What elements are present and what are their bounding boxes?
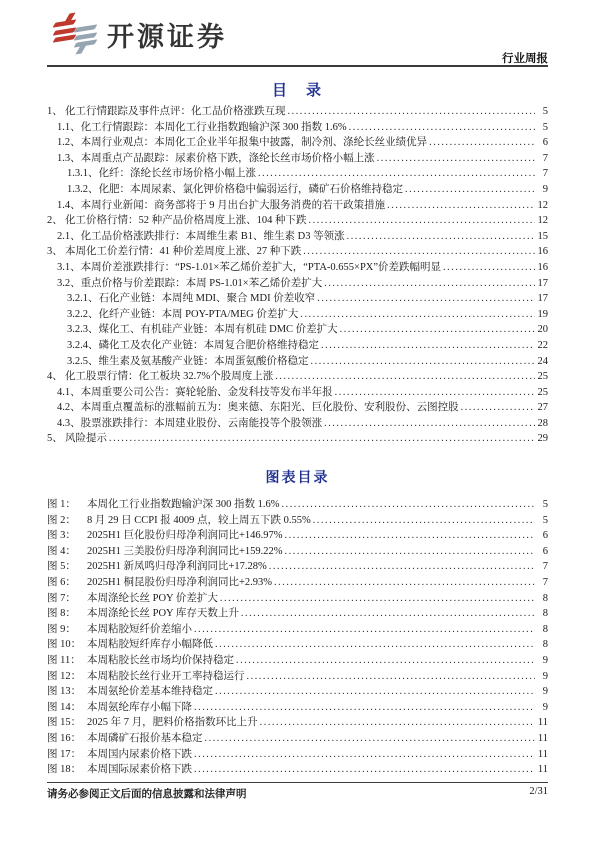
dot-leader bbox=[258, 168, 535, 179]
figure-entry-text: 2025H1 桐昆股份归母净利润同比+2.93% bbox=[87, 574, 272, 589]
toc-entry-text: 股票涨跌排行：本周建业股份、云南能投等个股领涨 bbox=[81, 415, 323, 430]
toc-entry[interactable]: 1.3、本周重点产品跟踪：尿素价格下跌，涤纶长丝市场价格小幅上涨7 bbox=[47, 150, 548, 166]
toc-entry-page: 25 bbox=[538, 371, 549, 382]
brand-name: 开源证券 bbox=[107, 15, 227, 54]
figure-entry-number: 图 11： bbox=[47, 652, 87, 667]
dot-leader bbox=[194, 749, 535, 760]
toc-entry-text: 本周行业观点：本周化工企业半年报集中披露，制冷剂、涤纶长丝业绩优异 bbox=[81, 134, 428, 149]
toc-entry-text: 化工行情跟踪及事件点评：化工品价格涨跌互现 bbox=[65, 103, 286, 118]
toc-entry[interactable]: 4.2、本周重点覆盖标的涨幅前五为：奥来德、东阳光、巨化股份、安利股份、云图控股… bbox=[47, 399, 548, 415]
toc-entry-number: 3、 bbox=[47, 243, 65, 258]
dot-leader bbox=[215, 639, 535, 650]
figure-entry-text: 本周化工行业指数跑输沪深 300 指数 1.6% bbox=[87, 496, 280, 511]
figure-entry-text: 本周涤纶长丝 POY 库存天数上升 bbox=[87, 605, 239, 620]
dot-leader bbox=[311, 356, 535, 367]
toc-entry-number: 1.3、 bbox=[57, 150, 81, 165]
dot-leader bbox=[194, 624, 535, 635]
toc-entry-number: 5、 bbox=[47, 430, 65, 445]
dot-leader bbox=[303, 246, 534, 257]
toc-entry-text: 本周重点产品跟踪：尿素价格下跌，涤纶长丝市场价格小幅上涨 bbox=[81, 150, 375, 165]
report-page: 开源证券 行业周报 目 录 1、化工行情跟踪及事件点评：化工品价格涨跌互现51.… bbox=[0, 0, 595, 841]
toc-entry-number: 2.1、 bbox=[57, 228, 81, 243]
figure-entry-number: 图 6： bbox=[47, 574, 87, 589]
figure-entry-number: 图 1： bbox=[47, 496, 87, 511]
figure-entry[interactable]: 图 15：2025 年 7 月，肥料价格指数环比上升11 bbox=[47, 714, 548, 730]
dot-leader bbox=[349, 122, 535, 133]
toc-entry-number: 1.2、 bbox=[57, 134, 81, 149]
figure-entry-page: 7 bbox=[538, 577, 548, 588]
figure-entry[interactable]: 图 6：2025H1 桐昆股份归母净利润同比+2.93%7 bbox=[47, 574, 548, 590]
toc-entry[interactable]: 1.4、本周行业新闻：商务部将于 9 月出台扩大服务消费的若干政策措施12 bbox=[47, 197, 548, 213]
toc-entry[interactable]: 3.2、重点价格与价差跟踪：本周 PS-1.01×苯乙烯价差扩大17 bbox=[47, 275, 548, 291]
dot-leader bbox=[309, 215, 535, 226]
dot-leader bbox=[194, 702, 535, 713]
figure-entry-page: 11 bbox=[538, 749, 548, 760]
toc-entry-number: 4.1、 bbox=[57, 384, 81, 399]
logo-red-stripes bbox=[54, 21, 75, 41]
figure-entry[interactable]: 图 1：本周化工行业指数跑输沪深 300 指数 1.6%5 bbox=[47, 496, 548, 512]
figure-entry-text: 2025H1 巨化股份归母净利润同比+146.97% bbox=[87, 527, 283, 542]
figure-entry[interactable]: 图 4：2025H1 三美股份归母净利润同比+159.22%6 bbox=[47, 543, 548, 559]
figure-entry[interactable]: 图 18：本周国际尿素价格下跌11 bbox=[47, 761, 548, 777]
figure-entry-page: 8 bbox=[538, 639, 548, 650]
dot-leader bbox=[194, 764, 535, 775]
toc-list: 1、化工行情跟踪及事件点评：化工品价格涨跌互现51.1、化工行情跟踪：本周化工行… bbox=[47, 103, 548, 446]
toc-entry-page: 16 bbox=[538, 246, 549, 257]
figure-entry-page: 5 bbox=[538, 499, 548, 510]
dot-leader bbox=[288, 106, 536, 117]
figure-entry-page: 8 bbox=[538, 624, 548, 635]
figure-entry-text: 本周氨纶价差基本维持稳定 bbox=[87, 683, 213, 698]
figure-entry[interactable]: 图 7：本周涤纶长丝 POY 价差扩大8 bbox=[47, 590, 548, 606]
toc-entry-page: 9 bbox=[538, 184, 548, 195]
toc-entry[interactable]: 3.2.2、化纤产业链：本周 POY-PTA/MEG 价差扩大19 bbox=[47, 306, 548, 322]
figure-entry-text: 本周粘胶短纤价差缩小 bbox=[87, 621, 192, 636]
toc-entry-text: 本周化工价差行情：41 种价差周度上涨、27 种下跌 bbox=[65, 243, 301, 258]
toc-entry-page: 17 bbox=[538, 278, 549, 289]
figure-entry-number: 图 5： bbox=[47, 558, 87, 573]
dot-leader bbox=[205, 733, 535, 744]
toc-entry-page: 12 bbox=[538, 200, 549, 211]
toc-entry-page: 27 bbox=[538, 402, 549, 413]
figure-entry-number: 图 17： bbox=[47, 746, 87, 761]
toc-entry-number: 1.1、 bbox=[57, 119, 81, 134]
toc-entry[interactable]: 4.3、股票涨跌排行：本周建业股份、云南能投等个股领涨28 bbox=[47, 415, 548, 431]
dot-leader bbox=[443, 262, 534, 273]
figure-entry-text: 本周国内尿素价格下跌 bbox=[87, 746, 192, 761]
toc-entry-text: 化肥：本周尿素、氯化钾价格稳中偏弱运行，磷矿石价格维持稳定 bbox=[99, 181, 404, 196]
toc-entry-page: 19 bbox=[538, 309, 549, 320]
dot-leader bbox=[285, 530, 535, 541]
figure-entry[interactable]: 图 13：本周氨纶价差基本维持稳定9 bbox=[47, 683, 548, 699]
figure-entry[interactable]: 图 12：本周粘胶长丝行业开工率持稳运行9 bbox=[47, 668, 548, 684]
dot-leader bbox=[269, 561, 535, 572]
figure-entry[interactable]: 图 11：本周粘胶长丝市场均价保持稳定9 bbox=[47, 652, 548, 668]
toc-entry-page: 5 bbox=[538, 122, 548, 133]
toc-entry[interactable]: 5、风险提示29 bbox=[47, 430, 548, 446]
dot-leader bbox=[377, 153, 535, 164]
figures-toc-title: 图表目录 bbox=[0, 467, 595, 487]
toc-entry[interactable]: 4、化工股票行情：化工板块 32.7%个股周度上涨25 bbox=[47, 368, 548, 384]
kaiyuan-securities-logo: 开源证券 bbox=[52, 13, 227, 55]
figure-entry-number: 图 3： bbox=[47, 527, 87, 542]
figure-entry-text: 本周涤纶长丝 POY 价差扩大 bbox=[87, 590, 218, 605]
toc-entry-page: 12 bbox=[538, 215, 549, 226]
toc-entry[interactable]: 3.1、本周价差涨跌排行：“PS-1.01×苯乙烯价差扩大，“PTA-0.655… bbox=[47, 259, 548, 275]
toc-title: 目 录 bbox=[0, 79, 595, 100]
toc-entry-page: 5 bbox=[538, 106, 548, 117]
figure-entry-text: 2025H1 新凤鸣归母净利润同比+17.28% bbox=[87, 558, 267, 573]
toc-entry-page: 17 bbox=[538, 293, 549, 304]
figure-entry-number: 图 7： bbox=[47, 590, 87, 605]
figure-entry-text: 本周国际尿素价格下跌 bbox=[87, 761, 192, 776]
toc-entry-page: 25 bbox=[538, 387, 549, 398]
dot-leader bbox=[340, 324, 535, 335]
figure-entry-number: 图 8： bbox=[47, 605, 87, 620]
figure-entry-text: 2025 年 7 月，肥料价格指数环比上升 bbox=[87, 714, 258, 729]
footer-divider bbox=[47, 782, 548, 783]
toc-entry-page: 6 bbox=[538, 137, 548, 148]
toc-entry[interactable]: 1.3.2、化肥：本周尿素、氯化钾价格稳中偏弱运行，磷矿石价格维持稳定9 bbox=[47, 181, 548, 197]
toc-entry-number: 3.1、 bbox=[57, 259, 81, 274]
dot-leader bbox=[429, 137, 535, 148]
toc-entry[interactable]: 3.2.5、维生素及氨基酸产业链：本周蛋氨酸价格稳定24 bbox=[47, 353, 548, 369]
figure-entry[interactable]: 图 8：本周涤纶长丝 POY 库存天数上升8 bbox=[47, 605, 548, 621]
dot-leader bbox=[282, 499, 536, 510]
toc-entry-number: 3.2.1、 bbox=[67, 290, 99, 305]
figure-entry[interactable]: 图 10：本周粘胶短纤库存小幅降低8 bbox=[47, 636, 548, 652]
dot-leader bbox=[317, 293, 534, 304]
toc-entry-text: 风险提示 bbox=[65, 430, 107, 445]
dot-leader bbox=[241, 608, 535, 619]
toc-entry-number: 1.3.1、 bbox=[67, 165, 99, 180]
figure-entry-number: 图 15： bbox=[47, 714, 87, 729]
toc-entry-number: 2、 bbox=[47, 212, 65, 227]
figure-entry-page: 9 bbox=[538, 655, 548, 666]
toc-entry-text: 本周价差涨跌排行：“PS-1.01×苯乙烯价差扩大，“PTA-0.655×PX”… bbox=[81, 259, 441, 274]
toc-entry-number: 3.2.2、 bbox=[67, 306, 99, 321]
figure-entry-page: 6 bbox=[538, 546, 548, 557]
toc-entry-text: 化工价格行情：52 种产品价格周度上涨、104 种下跌 bbox=[65, 212, 307, 227]
figure-entry-page: 11 bbox=[538, 764, 548, 775]
figure-entry[interactable]: 图 3：2025H1 巨化股份归母净利润同比+146.97%6 bbox=[47, 527, 548, 543]
toc-entry[interactable]: 3.2.1、石化产业链：本周纯 MDI、聚合 MDI 价差收窄17 bbox=[47, 290, 548, 306]
toc-entry-text: 石化产业链：本周纯 MDI、聚合 MDI 价差收窄 bbox=[99, 290, 316, 305]
toc-entry-number: 3.2.5、 bbox=[67, 353, 99, 368]
dot-leader bbox=[109, 433, 535, 444]
dot-leader bbox=[324, 418, 534, 429]
dot-leader bbox=[324, 278, 534, 289]
toc-entry[interactable]: 1.1、化工行情跟踪：本周化工行业指数跑输沪深 300 指数 1.6%5 bbox=[47, 119, 548, 135]
figure-entry-text: 本周粘胶长丝市场均价保持稳定 bbox=[87, 652, 234, 667]
kaiyuan-logo-icon bbox=[52, 13, 100, 55]
toc-entry-text: 维生素及氨基酸产业链：本周蛋氨酸价格稳定 bbox=[99, 353, 309, 368]
toc-entry-page: 24 bbox=[538, 356, 549, 367]
toc-entry[interactable]: 2.1、化工品价格涨跌排行：本周维生素 B1、维生素 D3 等领涨15 bbox=[47, 228, 548, 244]
logo-gray-stripes bbox=[75, 26, 96, 46]
figure-entry-page: 8 bbox=[538, 593, 548, 604]
toc-entry-number: 4.3、 bbox=[57, 415, 81, 430]
figure-entry-page: 11 bbox=[538, 733, 548, 744]
figure-entry[interactable]: 图 14：本周氨纶库存小幅下降9 bbox=[47, 699, 548, 715]
figure-entry-page: 9 bbox=[538, 702, 548, 713]
toc-entry[interactable]: 1.2、本周行业观点：本周化工企业半年报集中披露，制冷剂、涤纶长丝业绩优异6 bbox=[47, 134, 548, 150]
page-number-indicator: 2/31 bbox=[529, 786, 548, 797]
figure-entry-number: 图 16： bbox=[47, 730, 87, 745]
dot-leader bbox=[405, 184, 535, 195]
toc-entry-number: 1、 bbox=[47, 103, 65, 118]
dot-leader bbox=[387, 200, 534, 211]
dot-leader bbox=[236, 655, 535, 666]
figure-entry[interactable]: 图 17：本周国内尿素价格下跌11 bbox=[47, 746, 548, 762]
toc-entry-text: 化纤产业链：本周 POY-PTA/MEG 价差扩大 bbox=[99, 306, 299, 321]
figure-entry[interactable]: 图 9：本周粘胶短纤价差缩小8 bbox=[47, 621, 548, 637]
dot-leader bbox=[274, 577, 535, 588]
figure-entry-text: 本周磷矿石报价基本稳定 bbox=[87, 730, 203, 745]
dot-leader bbox=[300, 309, 534, 320]
toc-entry-text: 煤化工、有机硅产业链：本周有机硅 DMC 价差扩大 bbox=[99, 321, 338, 336]
figure-entry-page: 9 bbox=[538, 686, 548, 697]
figure-entry-text: 2025H1 三美股份归母净利润同比+159.22% bbox=[87, 543, 283, 558]
figure-entry-number: 图 12： bbox=[47, 668, 87, 683]
toc-entry-page: 15 bbox=[538, 231, 549, 242]
toc-entry-number: 4.2、 bbox=[57, 399, 81, 414]
toc-entry[interactable]: 1.3.1、化纤：涤纶长丝市场价格小幅上涨7 bbox=[47, 165, 548, 181]
figures-list: 图 1：本周化工行业指数跑输沪深 300 指数 1.6%5图 2：8 月 29 … bbox=[47, 496, 548, 777]
toc-entry-text: 本周行业新闻：商务部将于 9 月出台扩大服务消费的若干政策措施 bbox=[81, 197, 386, 212]
header-divider bbox=[47, 65, 548, 67]
figure-entry-page: 9 bbox=[538, 671, 548, 682]
figure-entry-number: 图 13： bbox=[47, 683, 87, 698]
figure-entry-text: 本周氨纶库存小幅下降 bbox=[87, 699, 192, 714]
dot-leader bbox=[215, 686, 535, 697]
toc-entry-text: 重点价格与价差跟踪：本周 PS-1.01×苯乙烯价差扩大 bbox=[81, 275, 323, 290]
dot-leader bbox=[335, 387, 535, 398]
figure-entry-number: 图 2： bbox=[47, 512, 87, 527]
figure-entry[interactable]: 图 5：2025H1 新凤鸣归母净利润同比+17.28%7 bbox=[47, 558, 548, 574]
dot-leader bbox=[461, 402, 535, 413]
toc-entry-text: 本周重要公司公告：赛轮轮胎、金发科技等发布半年报 bbox=[81, 384, 333, 399]
dot-leader bbox=[347, 231, 535, 242]
figure-entry-text: 8 月 29 日 CCPI 报 4009 点，较上周五下跌 0.55% bbox=[87, 512, 311, 527]
figure-entry-page: 6 bbox=[538, 530, 548, 541]
dot-leader bbox=[247, 671, 536, 682]
figure-entry-text: 本周粘胶长丝行业开工率持稳运行 bbox=[87, 668, 245, 683]
figure-entry-number: 图 4： bbox=[47, 543, 87, 558]
toc-entry[interactable]: 4.1、本周重要公司公告：赛轮轮胎、金发科技等发布半年报25 bbox=[47, 384, 548, 400]
figure-entry-page: 5 bbox=[538, 515, 548, 526]
toc-entry-page: 29 bbox=[538, 433, 549, 444]
toc-entry-number: 4、 bbox=[47, 368, 65, 383]
toc-entry-page: 7 bbox=[538, 168, 548, 179]
figure-entry-number: 图 14： bbox=[47, 699, 87, 714]
toc-entry[interactable]: 3.2.4、磷化工及农化产业链：本周复合肥价格维持稳定22 bbox=[47, 337, 548, 353]
toc-entry-number: 3.2.3、 bbox=[67, 321, 99, 336]
toc-entry-text: 化工股票行情：化工板块 32.7%个股周度上涨 bbox=[65, 368, 273, 383]
toc-entry-number: 3.2、 bbox=[57, 275, 81, 290]
dot-leader bbox=[220, 593, 535, 604]
toc-entry-text: 化纤：涤纶长丝市场价格小幅上涨 bbox=[99, 165, 257, 180]
toc-entry-text: 本周重点覆盖标的涨幅前五为：奥来德、东阳光、巨化股份、安利股份、云图控股 bbox=[81, 399, 459, 414]
dot-leader bbox=[285, 546, 535, 557]
figure-entry[interactable]: 图 2：8 月 29 日 CCPI 报 4009 点，较上周五下跌 0.55%5 bbox=[47, 512, 548, 528]
dot-leader bbox=[313, 515, 535, 526]
dot-leader bbox=[260, 717, 535, 728]
toc-entry-number: 3.2.4、 bbox=[67, 337, 99, 352]
toc-entry[interactable]: 3.2.3、煤化工、有机硅产业链：本周有机硅 DMC 价差扩大20 bbox=[47, 321, 548, 337]
footer-disclaimer: 请务必参阅正文后面的信息披露和法律声明 bbox=[47, 786, 247, 801]
toc-entry-page: 28 bbox=[538, 418, 549, 429]
figure-entry-text: 本周粘胶短纤库存小幅降低 bbox=[87, 636, 213, 651]
toc-entry-page: 16 bbox=[538, 262, 549, 273]
figure-entry-number: 图 9： bbox=[47, 621, 87, 636]
dot-leader bbox=[275, 371, 534, 382]
figure-entry-page: 11 bbox=[538, 717, 548, 728]
toc-entry-page: 7 bbox=[538, 153, 548, 164]
toc-entry[interactable]: 3、本周化工价差行情：41 种价差周度上涨、27 种下跌16 bbox=[47, 243, 548, 259]
figure-entry-page: 7 bbox=[538, 561, 548, 572]
toc-entry-text: 化工品价格涨跌排行：本周维生素 B1、维生素 D3 等领涨 bbox=[81, 228, 345, 243]
toc-entry-text: 化工行情跟踪：本周化工行业指数跑输沪深 300 指数 1.6% bbox=[81, 119, 347, 134]
toc-entry[interactable]: 2、化工价格行情：52 种产品价格周度上涨、104 种下跌12 bbox=[47, 212, 548, 228]
dot-leader bbox=[321, 340, 535, 351]
figure-entry[interactable]: 图 16：本周磷矿石报价基本稳定11 bbox=[47, 730, 548, 746]
toc-entry-text: 磷化工及农化产业链：本周复合肥价格维持稳定 bbox=[99, 337, 320, 352]
toc-entry-number: 1.4、 bbox=[57, 197, 81, 212]
figure-entry-page: 8 bbox=[538, 608, 548, 619]
toc-entry-number: 1.3.2、 bbox=[67, 181, 99, 196]
toc-entry-page: 20 bbox=[538, 324, 549, 335]
toc-entry-page: 22 bbox=[538, 340, 549, 351]
report-type-label: 行业周报 bbox=[502, 50, 548, 66]
figure-entry-number: 图 18： bbox=[47, 761, 87, 776]
figure-entry-number: 图 10： bbox=[47, 636, 87, 651]
toc-entry[interactable]: 1、化工行情跟踪及事件点评：化工品价格涨跌互现5 bbox=[47, 103, 548, 119]
